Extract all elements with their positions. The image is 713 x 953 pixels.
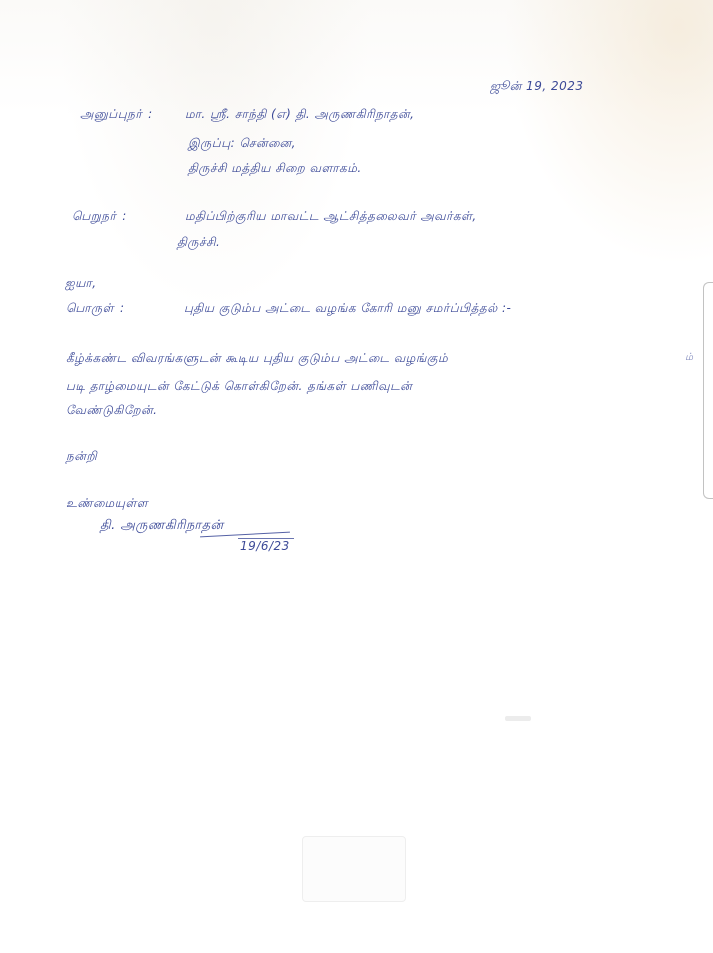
body-line: படி தாழ்மையுடன் கேட்டுக் கொள்கிறேன். தங்… bbox=[66, 380, 412, 392]
from-label-block: அனுப்புநர்: bbox=[80, 108, 159, 120]
page-edge-bracket bbox=[703, 282, 713, 499]
body-line: வேண்டுகிறேன். bbox=[66, 404, 157, 416]
subject-label-block: பொருள்: bbox=[66, 302, 131, 314]
bleed-through-box bbox=[302, 836, 406, 902]
to-line-recipient: மதிப்பிற்குரிய மாவட்ட ஆட்சித்தலைவர் அவர்… bbox=[185, 210, 477, 222]
from-line-name: மா. ஸ்ரீ. சாந்தி (எ) தி. அருணகிரிநாதன், bbox=[185, 108, 415, 120]
from-line-address: திருச்சி மத்திய சிறை வளாகம். bbox=[188, 162, 362, 174]
colon: : bbox=[142, 107, 159, 121]
colon: : bbox=[114, 301, 131, 315]
letter-date: ஜூன் 19, 2023 bbox=[490, 80, 584, 92]
to-label-block: பெறுநர்: bbox=[72, 210, 133, 222]
scanned-paper: ஜூன் 19, 2023 அனுப்புநர்: மா. ஸ்ரீ. சாந்… bbox=[0, 0, 713, 953]
to-line-place: திருச்சி. bbox=[177, 236, 220, 248]
subject-text: புதிய குடும்ப அட்டை வழங்க கோரி மனு சமர்ப… bbox=[184, 302, 511, 314]
body-line: கீழ்க்கண்ட விவரங்களுடன் கூடிய புதிய குடு… bbox=[66, 352, 448, 364]
thanks-text: நன்றி bbox=[66, 450, 97, 462]
signature-date: 19/6/23 bbox=[240, 540, 290, 552]
signature: தி. அருணகிரிநாதன் bbox=[100, 519, 224, 532]
subject-label: பொருள் bbox=[66, 301, 114, 315]
to-label: பெறுநர் bbox=[72, 209, 116, 223]
salutation: ஐயா, bbox=[65, 277, 97, 289]
from-line-residence: இருப்பு: சென்னை, bbox=[188, 137, 296, 149]
colon: : bbox=[116, 209, 133, 223]
edge-overflow-text: ம் bbox=[685, 352, 693, 364]
bleed-through-mark bbox=[505, 716, 531, 721]
closing-text: உண்மையுள்ள bbox=[66, 497, 148, 509]
from-label: அனுப்புநர் bbox=[80, 107, 142, 121]
